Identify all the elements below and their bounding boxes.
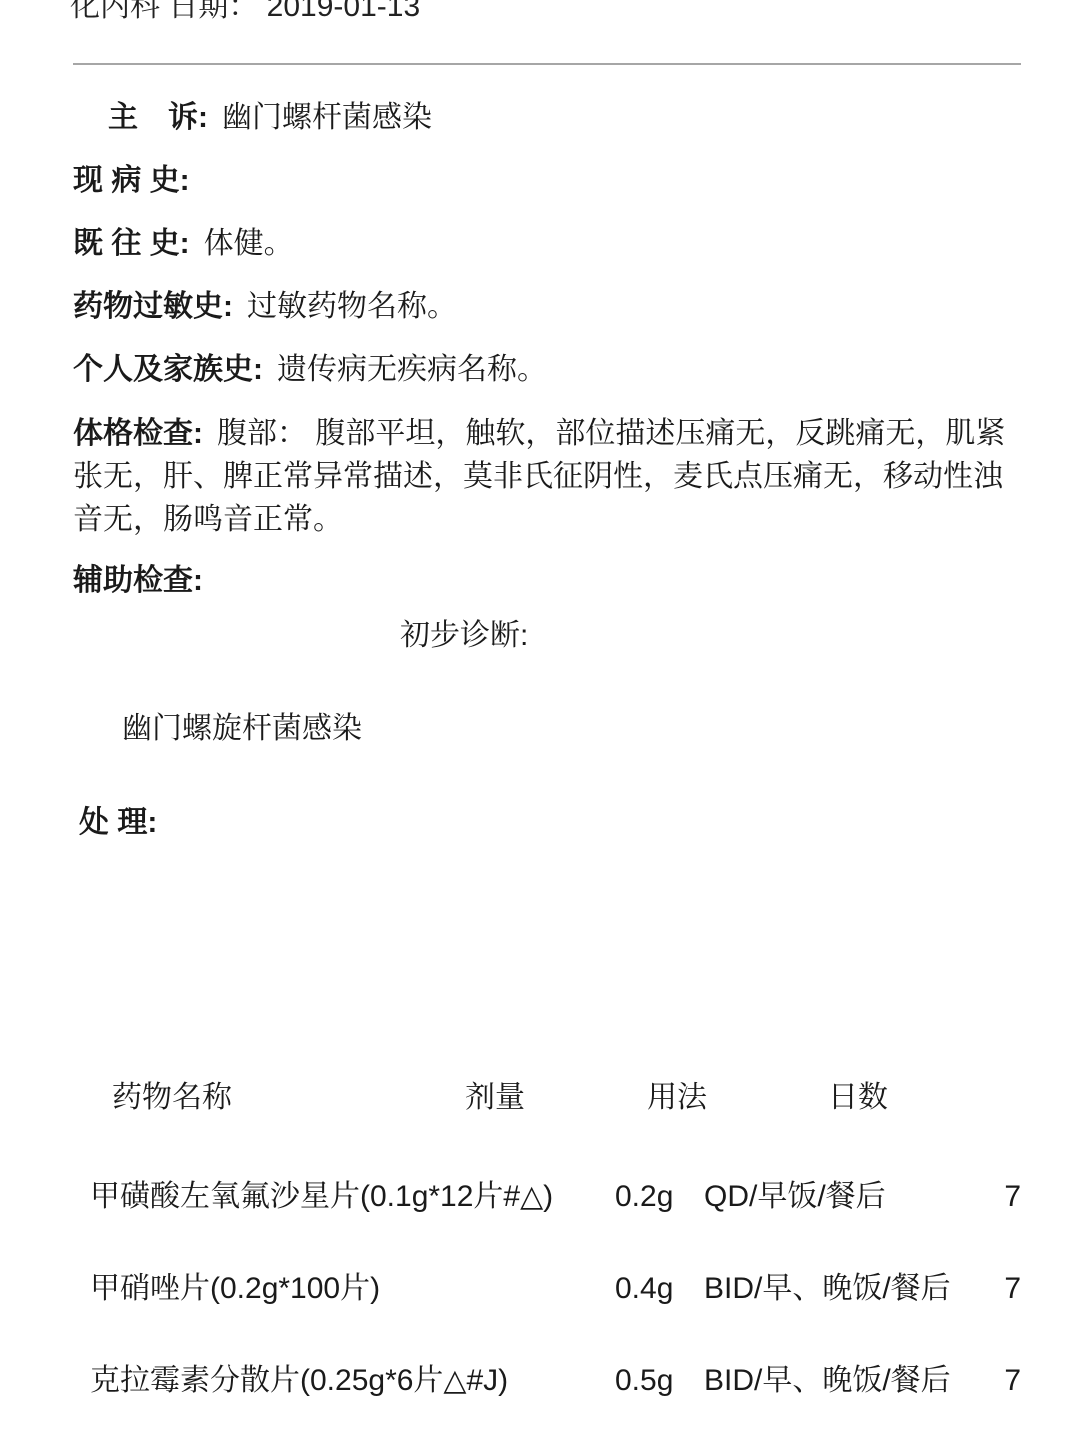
treatment-heading: 处 理: bbox=[79, 806, 157, 841]
medical-record-page: 化内科 日期： 2019-01-13 主 诉:幽门螺杆菌感染 现 病 史: 既 … bbox=[0, 0, 1080, 1440]
present-illness-label: 现 病 史: bbox=[73, 164, 190, 197]
usage-cell: QD/早饭/餐后 bbox=[704, 1180, 886, 1215]
section-physical-exam: 体格检查:腹部： 腹部平坦，触软，部位描述压痛无，反跳痛无，肌紧张无，肝、脾正常… bbox=[73, 412, 1013, 541]
prescription-row: 甲硝唑片(0.2g*100片) 0.4g BID/早、晚饭/餐后 7 bbox=[0, 1272, 1080, 1308]
days-cell: 7 bbox=[985, 1272, 1021, 1307]
col-header-usage: 用法 bbox=[647, 1081, 707, 1116]
section-present-illness: 现 病 史: bbox=[73, 164, 204, 199]
prescription-row: 克拉霉素分散片(0.25g*6片△#J) 0.5g BID/早、晚饭/餐后 7 bbox=[0, 1364, 1080, 1400]
usage-cell: BID/早、晚饭/餐后 bbox=[704, 1272, 951, 1307]
section-auxiliary-exam: 辅助检查: bbox=[73, 564, 203, 599]
chief-complaint-value: 幽门螺杆菌感染 bbox=[222, 101, 432, 134]
past-history-label: 既 往 史: bbox=[73, 227, 190, 260]
days-cell: 7 bbox=[985, 1364, 1021, 1399]
col-header-drug-name: 药物名称 bbox=[112, 1081, 232, 1116]
personal-family-label: 个人及家族史: bbox=[73, 353, 263, 386]
drug-allergy-label: 药物过敏史: bbox=[73, 290, 233, 323]
section-personal-family-history: 个人及家族史:遗传病无疾病名称。 bbox=[73, 353, 547, 388]
dose-cell: 0.2g bbox=[615, 1180, 673, 1215]
section-chief-complaint: 主 诉:幽门螺杆菌感染 bbox=[108, 101, 432, 136]
header-divider bbox=[73, 63, 1021, 65]
drug-name-cell: 克拉霉素分散片(0.25g*6片△#J) bbox=[90, 1364, 508, 1399]
dose-cell: 0.5g bbox=[615, 1364, 673, 1399]
drug-allergy-value: 过敏药物名称。 bbox=[247, 290, 457, 323]
preliminary-diagnosis-value: 幽门螺旋杆菌感染 bbox=[122, 712, 362, 747]
physical-exam-value: 腹部： 腹部平坦，触软，部位描述压痛无，反跳痛无，肌紧张无，肝、脾正常异常描述，… bbox=[73, 417, 1005, 536]
physical-exam-label: 体格检查: bbox=[73, 417, 203, 450]
prescription-table-header-row: 药物名称 剂量 用法 日数 bbox=[0, 1081, 1080, 1117]
department-date-line: 化内科 日期： 2019-01-13 bbox=[70, 0, 420, 25]
auxiliary-exam-label: 辅助检查: bbox=[73, 564, 203, 597]
drug-name-cell: 甲磺酸左氧氟沙星片(0.1g*12片#△) bbox=[90, 1180, 553, 1215]
col-header-days: 日数 bbox=[828, 1081, 888, 1116]
col-header-dose: 剂量 bbox=[465, 1081, 525, 1116]
prescription-row: 甲磺酸左氧氟沙星片(0.1g*12片#△) 0.2g QD/早饭/餐后 7 bbox=[0, 1180, 1080, 1216]
days-cell: 7 bbox=[985, 1180, 1021, 1215]
section-past-history: 既 往 史:体健。 bbox=[73, 227, 294, 262]
preliminary-diagnosis-heading: 初步诊断: bbox=[400, 619, 528, 654]
personal-family-value: 遗传病无疾病名称。 bbox=[277, 353, 547, 386]
chief-complaint-label: 主 诉: bbox=[108, 101, 208, 134]
dose-cell: 0.4g bbox=[615, 1272, 673, 1307]
drug-name-cell: 甲硝唑片(0.2g*100片) bbox=[90, 1272, 380, 1307]
past-history-value: 体健。 bbox=[204, 227, 294, 260]
usage-cell: BID/早、晚饭/餐后 bbox=[704, 1364, 951, 1399]
section-drug-allergy: 药物过敏史:过敏药物名称。 bbox=[73, 290, 457, 325]
